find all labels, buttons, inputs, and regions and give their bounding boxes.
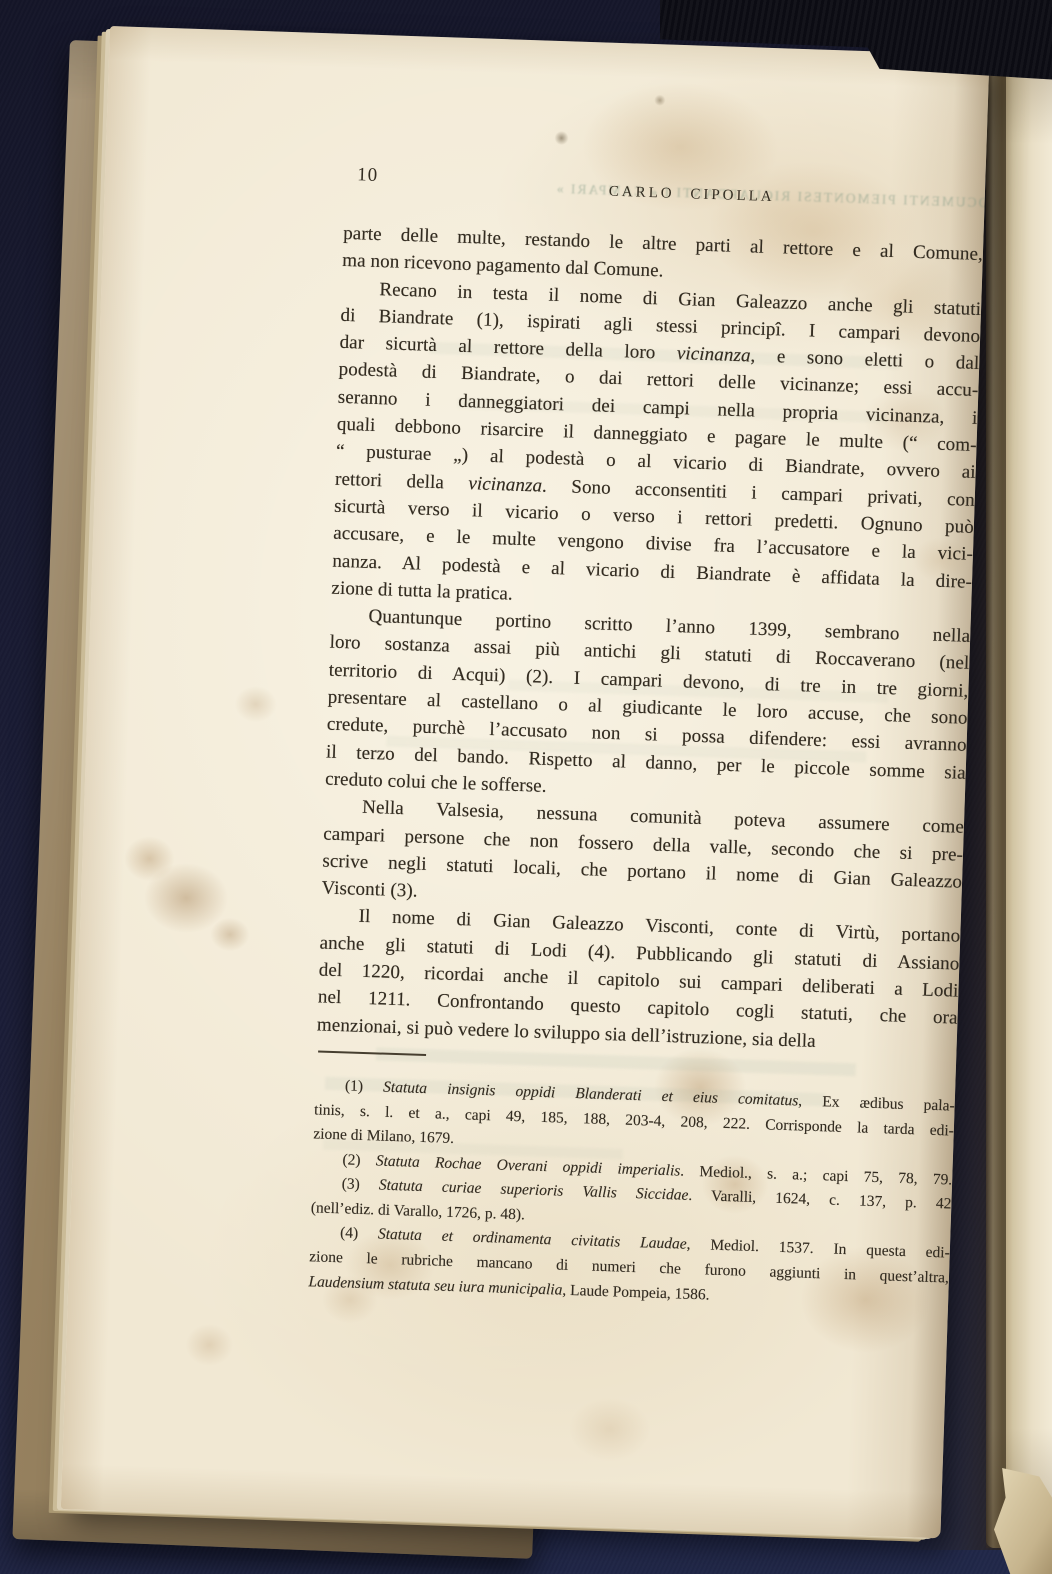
running-head: CARLO CIPOLLA — [372, 163, 990, 214]
book-page: 10 DOCUMENTI PIEMONTESI RIGUARDANTI I « … — [61, 26, 990, 1538]
photo-background: 10 DOCUMENTI PIEMONTESI RIGUARDANTI I « … — [0, 0, 1052, 1574]
body-text: parte delle multe, restando le altre par… — [317, 220, 984, 1060]
footnote-separator — [318, 1050, 426, 1056]
footnotes: (1) Statuta insignis oppidi Blanderati e… — [308, 1073, 955, 1315]
text-block: 10 DOCUMENTI PIEMONTESI RIGUARDANTI I « … — [308, 162, 985, 1316]
